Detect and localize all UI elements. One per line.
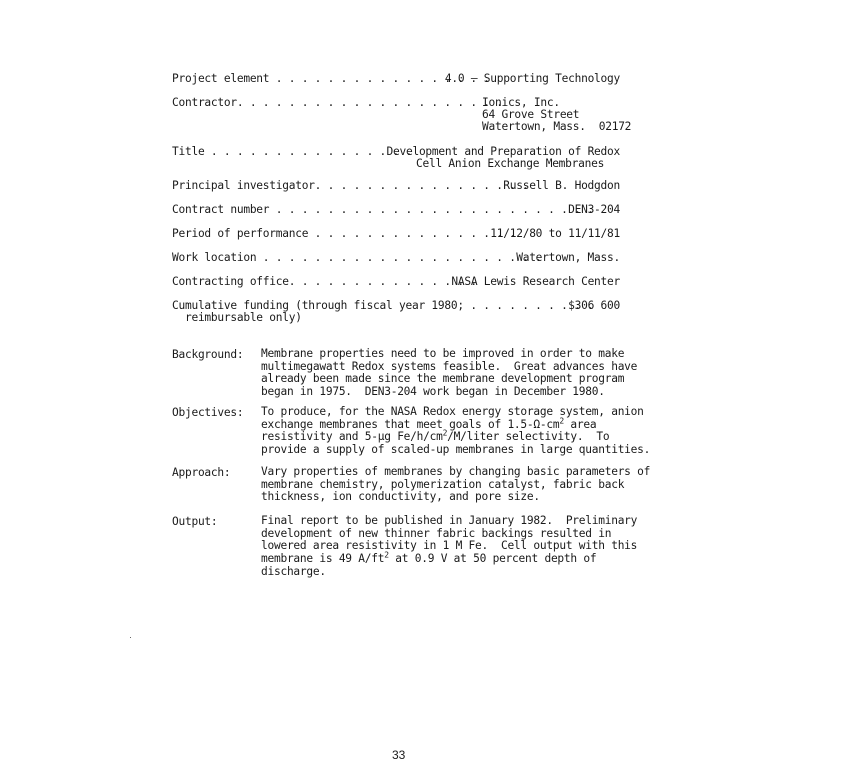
objectives-text: To produce, for the NASA Redox energy st… <box>261 406 641 457</box>
work-location-value: Watertown, Mass. <box>516 252 620 265</box>
contractor-city: Watertown, Mass. 02172 <box>482 121 631 134</box>
contract-number-label: Contract number . . . . . . . . . . . . … <box>172 204 594 217</box>
scan-speck <box>130 637 131 638</box>
cumulative-funding-value: $306 600 <box>568 300 620 313</box>
period-label: Period of performance . . . . . . . . . … <box>172 228 516 241</box>
contracting-office-label: Contracting office. . . . . . . . . . . … <box>172 276 477 289</box>
project-element-value: 4.0 – Supporting Technology <box>445 73 620 86</box>
work-location-label: Work location . . . . . . . . . . . . . … <box>172 252 542 265</box>
approach-text: Vary properties of membranes by changing… <box>261 466 641 504</box>
principal-investigator-value: Russell B. Hodgdon <box>503 180 620 193</box>
page-number: 33 <box>392 748 405 762</box>
title-line-2: Cell Anion Exchange Membranes <box>416 158 604 171</box>
approach-label: Approach: <box>172 466 230 479</box>
cumulative-funding-label-cont: reimbursable only) <box>172 312 302 325</box>
background-label: Background: <box>172 348 243 361</box>
contractor-label: Contractor. . . . . . . . . . . . . . . … <box>172 97 503 110</box>
background-text: Membrane properties need to be improved … <box>261 348 641 399</box>
contract-number-value: DEN3-204 <box>568 204 620 217</box>
objectives-label: Objectives: <box>172 406 243 419</box>
output-text: Final report to be published in January … <box>261 515 641 579</box>
project-element-label: Project element . . . . . . . . . . . . … <box>172 73 490 86</box>
output-label: Output: <box>172 515 217 528</box>
period-value: 11/12/80 to 11/11/81 <box>490 228 620 241</box>
title-label: Title . . . . . . . . . . . . . . . . <box>172 146 412 159</box>
principal-investigator-label: Principal investigator. . . . . . . . . … <box>172 180 529 193</box>
contracting-office-value: NASA Lewis Research Center <box>451 276 620 289</box>
